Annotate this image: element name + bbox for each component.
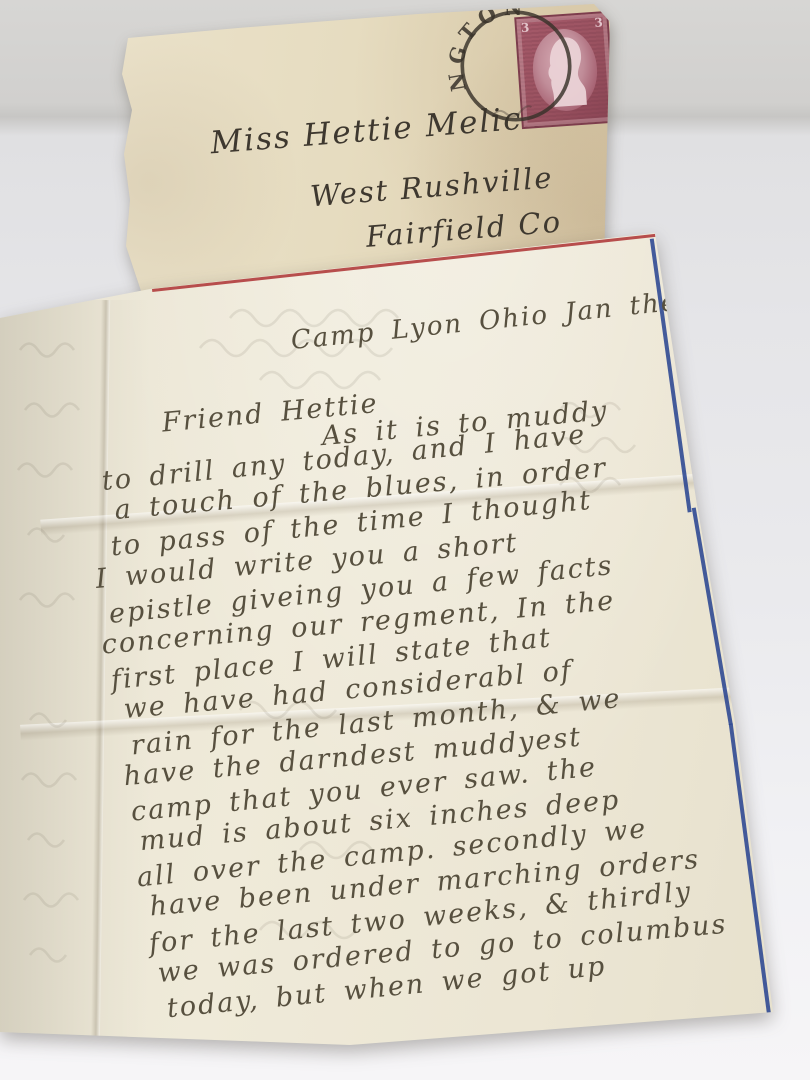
photo-scene: Miss Hettie Melick West Rushville Fairfi…: [0, 0, 810, 1080]
letter-heading: Camp Lyon Ohio Jan the 28th: [290, 278, 764, 356]
letter-handwriting: Camp Lyon Ohio Jan the 28th Friend Hetti…: [64, 238, 772, 1073]
letter-body: to drill any today, and I have a touch o…: [85, 411, 731, 1027]
letter-paper: Camp Lyon Ohio Jan the 28th Friend Hetti…: [0, 0, 810, 1080]
letter: Camp Lyon Ohio Jan the 28th Friend Hetti…: [0, 0, 810, 1080]
